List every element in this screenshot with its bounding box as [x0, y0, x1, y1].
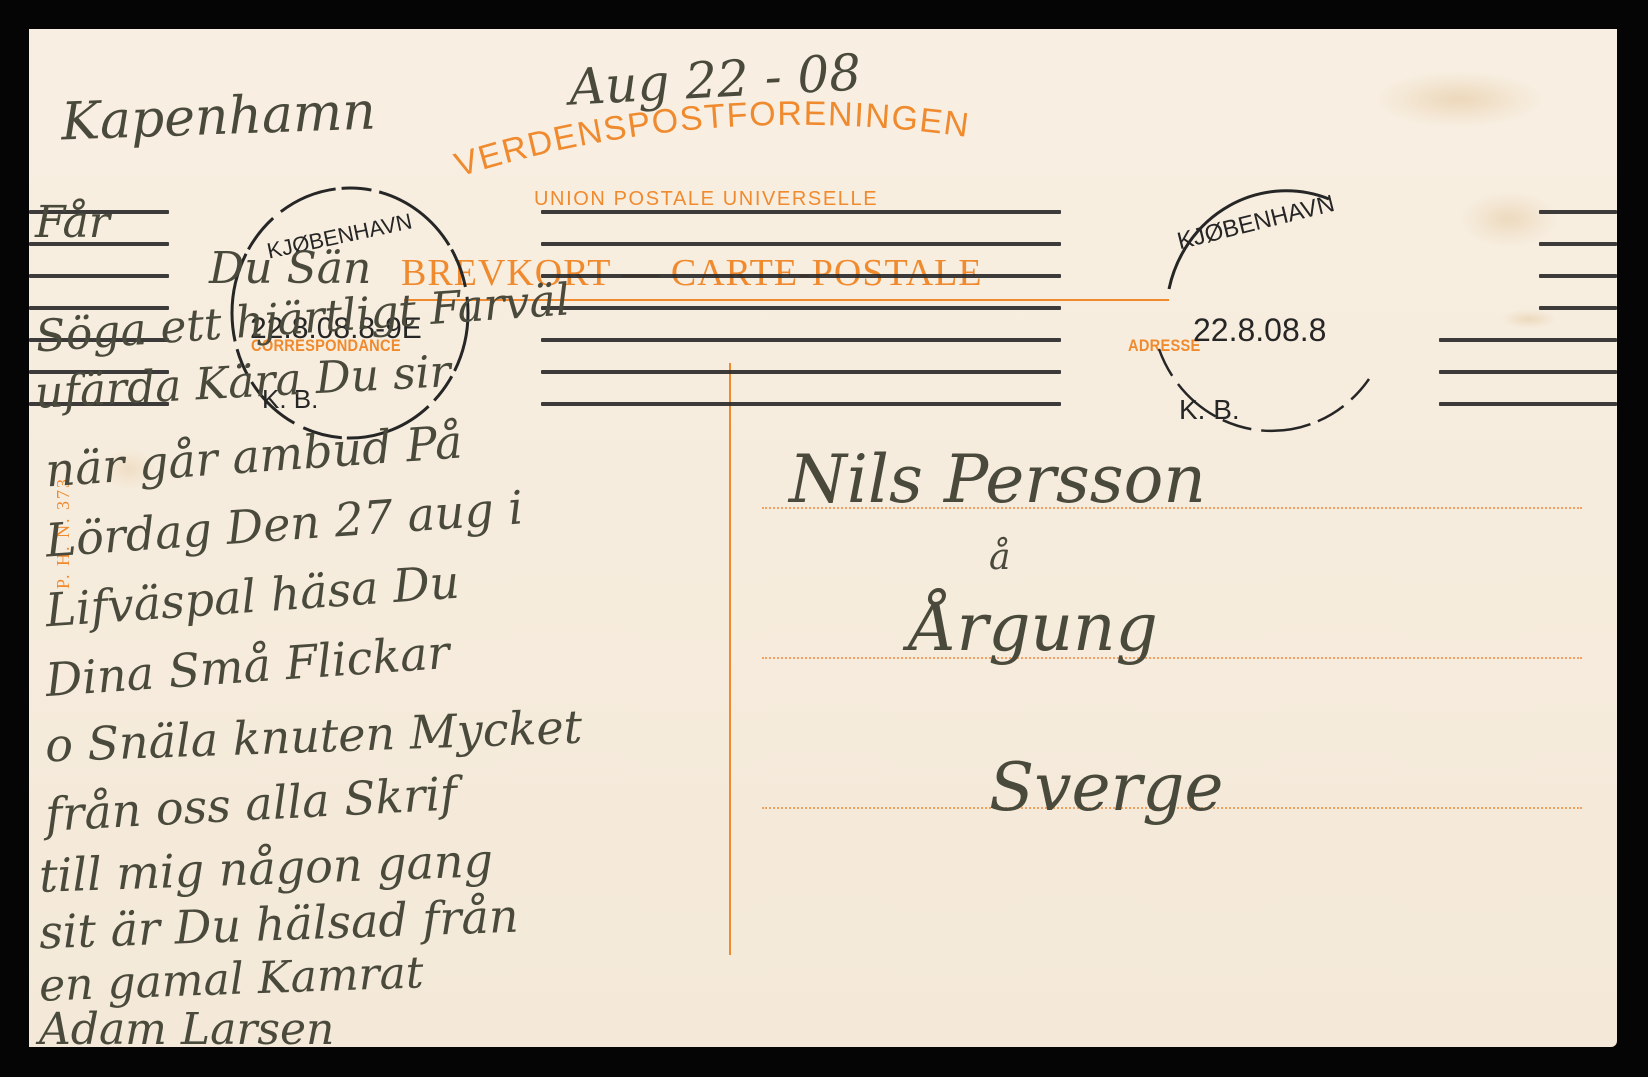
right-postmark-town: KJØBENHAVN [1175, 190, 1338, 255]
right-postmark-office: K. B. [1179, 394, 1240, 425]
message-line: Dina Små Flickar [44, 625, 452, 707]
section-divider [729, 363, 731, 955]
address-line: Sverge [989, 749, 1223, 826]
message-line: Lifväspal häsa Du [44, 555, 461, 638]
message-line: Adam Larsen [39, 1004, 334, 1047]
address-line: å [989, 537, 1010, 578]
handwritten-place: Kapenhamn [60, 82, 377, 153]
right-postmark: KJØBENHAVN 22.8.08.8 K. B. [1129, 169, 1399, 474]
postcard-back: VERDENSPOSTFORENINGEN UNION POSTALE UNIV… [29, 29, 1617, 1047]
message-line: o Snäla knuten Mycket [44, 700, 583, 773]
message-line: från oss alla Skrif [44, 766, 458, 842]
message-line: Får [35, 197, 110, 248]
message-line: Du Sän [209, 243, 371, 294]
address-line: Nils Persson [789, 441, 1206, 518]
right-postmark-date: 22.8.08.8 [1193, 312, 1326, 348]
address-line: Årgung [909, 589, 1158, 666]
address-line-2 [762, 657, 1582, 659]
union-postale-line: UNION POSTALE UNIVERSELLE [534, 188, 878, 211]
